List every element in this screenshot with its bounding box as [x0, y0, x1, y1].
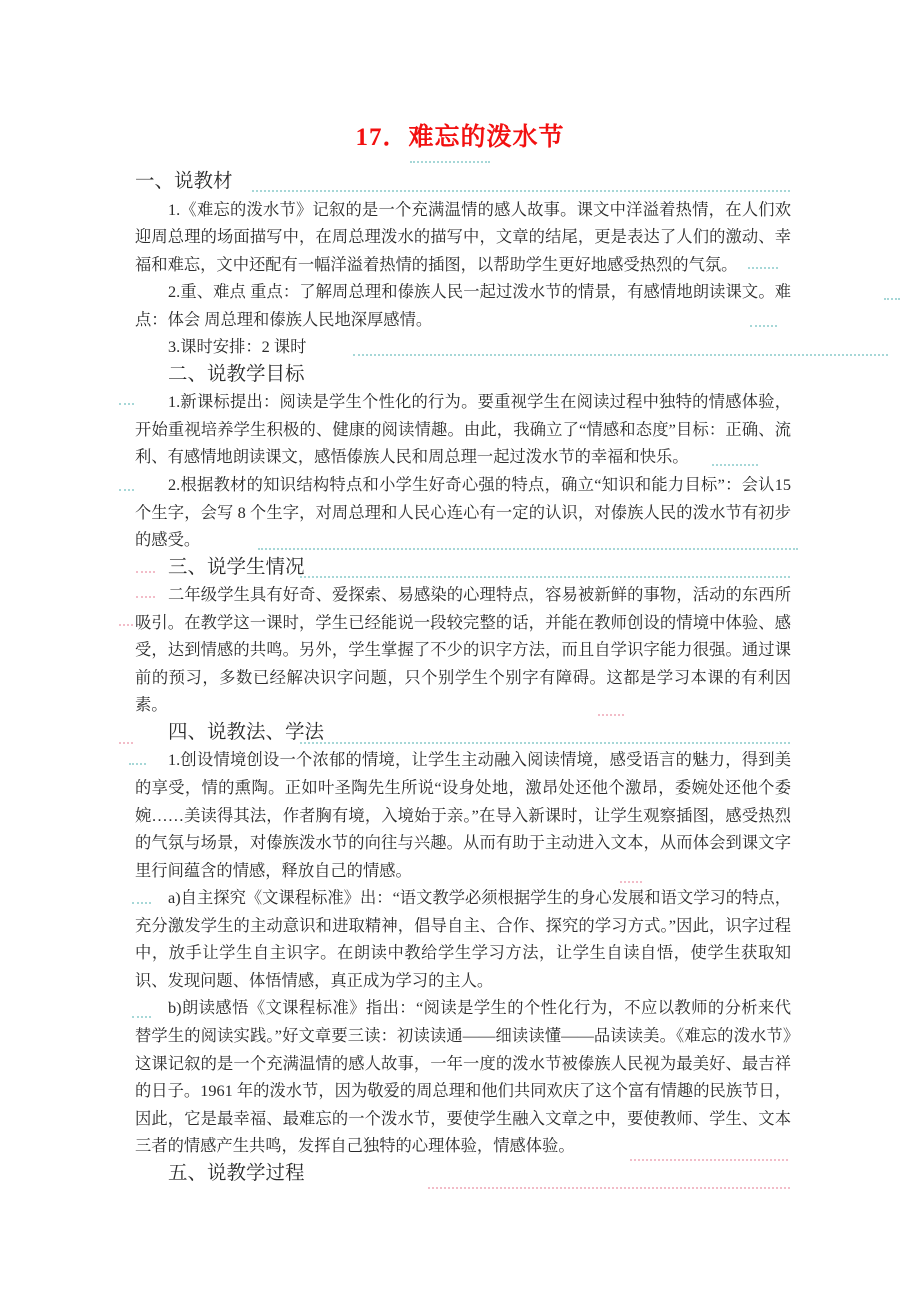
- body-paragraph: 1.《难忘的泼水节》记叙的是一个充满温情的感人故事。课文中洋溢着热情，在人们欢迎…: [135, 196, 791, 279]
- body-paragraph: 2.根据教材的知识结构特点和小学生好奇心强的特点，确立“知识和能力目标”：会认1…: [135, 471, 791, 554]
- proofing-mark: [119, 624, 133, 626]
- proofing-mark: [884, 298, 900, 300]
- proofing-mark: [136, 571, 155, 573]
- proofing-mark: [300, 742, 790, 744]
- body-paragraph: 2.重、难点 重点：了解周总理和傣族人民一起过泼水节的情景，有感情地朗读课文。难…: [135, 278, 791, 333]
- document-body: 一、说教材1.《难忘的泼水节》记叙的是一个充满温情的感人故事。课文中洋溢着热情，…: [135, 168, 791, 1187]
- proofing-mark: [712, 464, 758, 466]
- proofing-mark: [136, 596, 155, 598]
- section-heading: 五、说教学过程: [135, 1160, 791, 1188]
- body-paragraph: 1.创设情境创设一个浓郁的情境，让学生主动融入阅读情境，感受语言的魅力，得到美的…: [135, 746, 791, 884]
- body-paragraph: 1.新课标提出：阅读是学生个性化的行为。要重视学生在阅读过程中独特的情感体验，开…: [135, 388, 791, 471]
- proofing-mark: [353, 354, 888, 356]
- proofing-mark: [129, 763, 146, 765]
- proofing-mark: [258, 548, 798, 550]
- proofing-mark: [620, 881, 642, 883]
- body-paragraph: b)朗读感悟《文课程标准》指出：“阅读是学生的个性化行为，不应以教师的分析来代替…: [135, 994, 791, 1159]
- body-paragraph: a)自主探究《文课程标准》出：“语文教学必须根据学生的身心发展和语文学习的特点，…: [135, 884, 791, 994]
- proofing-mark: [598, 714, 624, 716]
- body-paragraph: 3.课时安排：2 课时: [135, 333, 791, 361]
- proofing-mark: [119, 742, 133, 744]
- proofing-mark: [252, 190, 790, 192]
- proofing-mark: [132, 902, 151, 904]
- proofing-mark: [750, 325, 777, 327]
- proofing-mark: [428, 1187, 790, 1189]
- proofing-mark: [410, 161, 490, 163]
- proofing-mark: [748, 267, 778, 269]
- proofing-mark: [300, 576, 790, 578]
- section-heading: 二、说教学目标: [135, 361, 791, 389]
- document-title: 17．难忘的泼水节: [0, 117, 920, 153]
- body-paragraph: 二年级学生具有好奇、爱探索、易感染的心理特点，容易被新鲜的事物，活动的东西所吸引…: [135, 581, 791, 719]
- proofing-mark: [132, 1016, 151, 1018]
- proofing-mark: [119, 489, 134, 491]
- document-page: 17．难忘的泼水节 一、说教材1.《难忘的泼水节》记叙的是一个充满温情的感人故事…: [0, 0, 920, 1302]
- proofing-mark: [630, 1159, 788, 1161]
- proofing-mark: [119, 403, 134, 405]
